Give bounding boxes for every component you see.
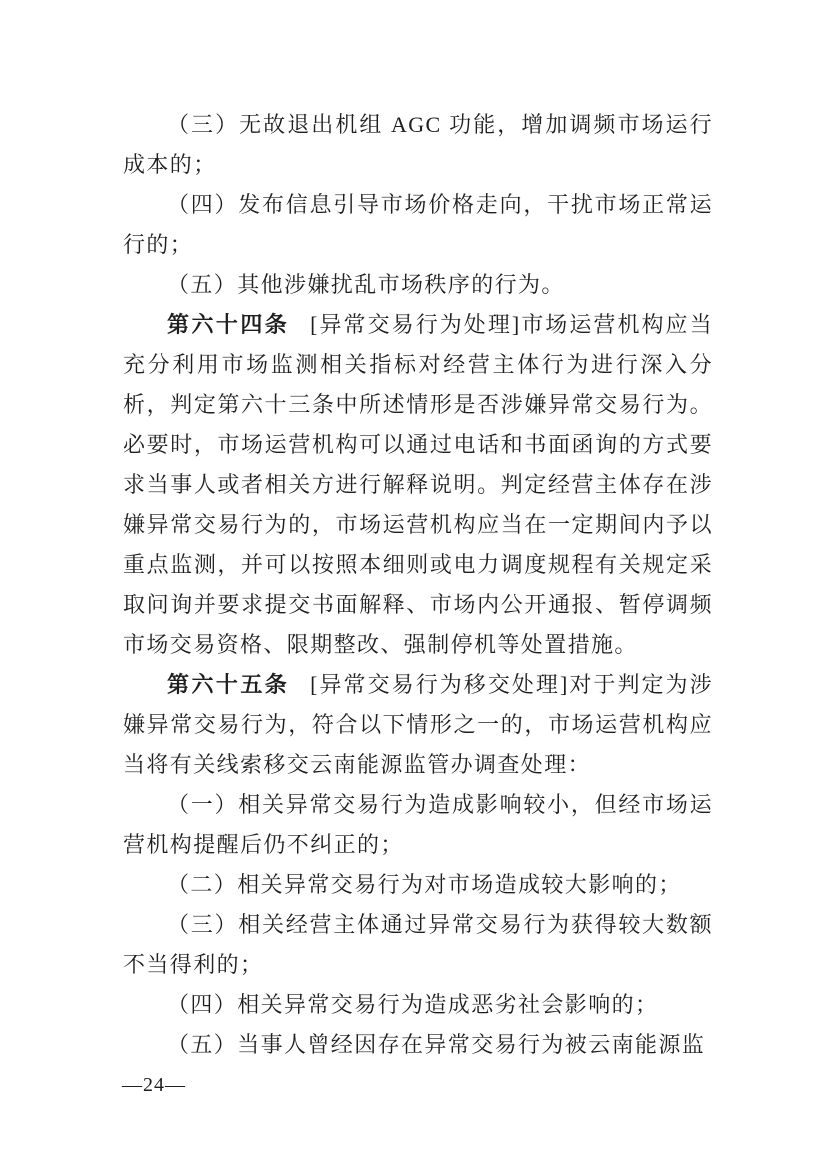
paragraph-subitem-3: （三）相关经营主体通过异常交易行为获得较大数额不当得利的； [123, 905, 713, 985]
article-64-text: [异常交易行为处理]市场运营机构应当充分利用市场监测相关指标对经营主体行为进行深… [123, 312, 713, 657]
paragraph-subitem-1: （一）相关异常交易行为造成影响较小，但经市场运营机构提醒后仍不纠正的； [123, 785, 713, 865]
paragraph-article-64: 第六十四条[异常交易行为处理]市场运营机构应当充分利用市场监测相关指标对经营主体… [123, 305, 713, 665]
article-number-64: 第六十四条 [167, 312, 289, 337]
paragraph-item-3: （三）无故退出机组 AGC 功能，增加调频市场运行成本的； [123, 105, 713, 185]
paragraph-subitem-4: （四）相关异常交易行为造成恶劣社会影响的； [123, 985, 713, 1025]
article-number-65: 第六十五条 [167, 672, 289, 697]
paragraph-article-65: 第六十五条[异常交易行为移交处理]对于判定为涉嫌异常交易行为，符合以下情形之一的… [123, 665, 713, 785]
document-page: （三）无故退出机组 AGC 功能，增加调频市场运行成本的； （四）发布信息引导市… [0, 0, 827, 1170]
paragraph-item-4: （四）发布信息引导市场价格走向，干扰市场正常运行的； [123, 185, 713, 265]
paragraph-subitem-5: （五）当事人曾经因存在异常交易行为被云南能源监 [123, 1025, 713, 1065]
page-number: —24— [122, 1065, 186, 1105]
paragraph-subitem-2: （二）相关异常交易行为对市场造成较大影响的； [123, 865, 713, 905]
paragraph-item-5: （五）其他涉嫌扰乱市场秩序的行为。 [123, 265, 713, 305]
document-body: （三）无故退出机组 AGC 功能，增加调频市场运行成本的； （四）发布信息引导市… [123, 105, 713, 1065]
